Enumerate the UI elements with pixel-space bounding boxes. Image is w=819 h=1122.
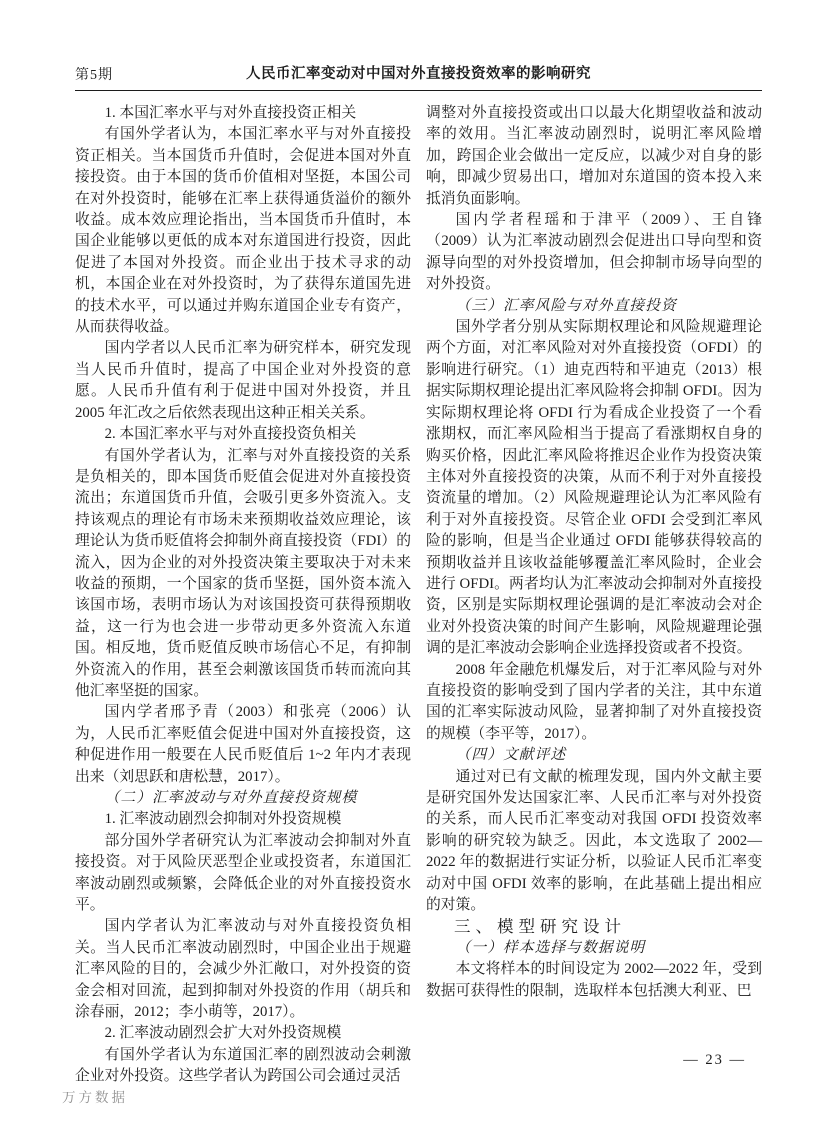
paragraph: 国内学者程瑶和于津平（2009）、王自锋（2009）认为汇率波动剧烈会促进出口导… (426, 210, 762, 296)
kai-subheading: （四）文献评述 (426, 745, 762, 766)
kai-subheading: （三）汇率风险与对外直接投资 (426, 296, 762, 317)
paragraph: 有国外学者认为，本国汇率水平与对外直接投资正相关。当本国货币升值时，会促进本国对… (75, 124, 411, 338)
header-rule (75, 90, 762, 91)
watermark: 万方数据 (62, 1086, 128, 1106)
right-column: 调整对外直接投资或出口以最大化期望收益和波动率的效用。当汇率波动剧烈时，说明汇率… (426, 103, 762, 1088)
paragraph: 部分国外学者研究认为汇率波动会抑制对外直接投资。对于风险厌恶型企业或投资者，东道… (75, 831, 411, 917)
paragraph: 国内学者邢予青（2003）和张亮（2006）认为，人民币汇率贬值会促进中国对外直… (75, 702, 411, 788)
numbered-subheading: 1. 本国汇率水平与对外直接投资正相关 (75, 103, 411, 124)
kai-subheading: （二）汇率波动与对外直接投资规模 (75, 788, 411, 809)
kai-subheading: （一）样本选择与数据说明 (426, 938, 762, 959)
article-body: 1. 本国汇率水平与对外直接投资正相关有国外学者认为，本国汇率水平与对外直接投资… (75, 103, 762, 1088)
paragraph: 国内学者以人民币汇率为研究样本，研究发现当人民币升值时，提高了中国企业对外投资的… (75, 338, 411, 424)
page-header: 第5期 人民币汇率变动对中国对外直接投资效率的影响研究 (75, 62, 762, 84)
paragraph: 本文将样本的时间设定为 2002—2022 年，受到数据可获得性的限制，选取样本… (426, 959, 762, 1002)
document-page: 第5期 人民币汇率变动对中国对外直接投资效率的影响研究 1. 本国汇率水平与对外… (0, 0, 819, 1122)
paragraph: 2008 年金融危机爆发后，对于汇率风险与对外直接投资的影响受到了国内学者的关注… (426, 660, 762, 746)
paragraph: 国内学者认为汇率波动与对外直接投资负相关。当人民币汇率波动剧烈时，中国企业出于规… (75, 916, 411, 1023)
paragraph: 有国外学者认为，汇率与对外直接投资的关系是负相关的，即本国货币贬值会促进对外直接… (75, 446, 411, 703)
running-title: 人民币汇率变动对中国对外直接投资效率的影响研究 (75, 62, 762, 83)
numbered-subheading: 2. 本国汇率水平与对外直接投资负相关 (75, 424, 411, 445)
paragraph: 国外学者分别从实际期权理论和风险规避理论两个方面，对汇率风险对对外直接投资（OF… (426, 317, 762, 660)
left-column: 1. 本国汇率水平与对外直接投资正相关有国外学者认为，本国汇率水平与对外直接投资… (75, 103, 411, 1088)
section-heading: 三、模型研究设计 (426, 916, 762, 937)
page-number: — 23 — (75, 1052, 762, 1069)
paragraph: 通过对已有文献的梳理发现，国内外文献主要是研究国外发达国家汇率、人民币汇率与对外… (426, 767, 762, 917)
numbered-subheading: 1. 汇率波动剧烈会抑制对外投资规模 (75, 809, 411, 830)
paragraph-continuation: 调整对外直接投资或出口以最大化期望收益和波动率的效用。当汇率波动剧烈时，说明汇率… (426, 103, 762, 210)
numbered-subheading: 2. 汇率波动剧烈会扩大对外投资规模 (75, 1023, 411, 1044)
